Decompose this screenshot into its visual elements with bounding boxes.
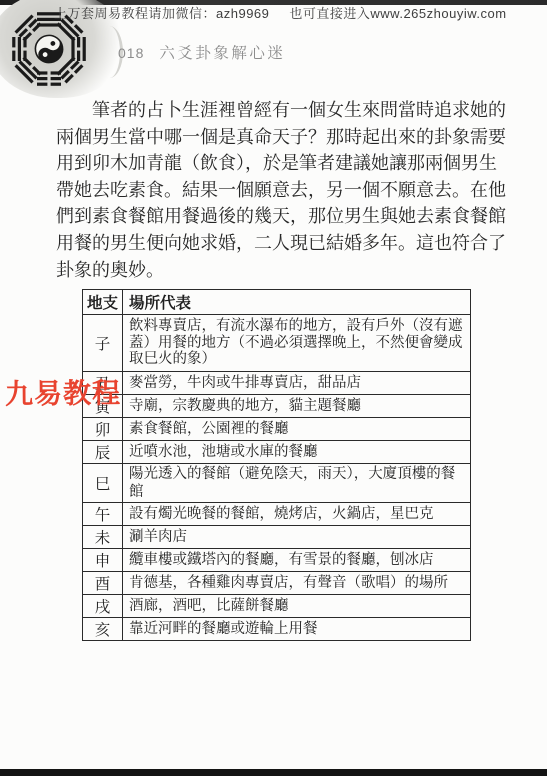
page-header: 018 六爻卦象解心迷 bbox=[118, 41, 285, 63]
scan-edge-bottom bbox=[0, 769, 547, 776]
desc-cell: 肯德基，各種雞肉專賣店，有聲音（歌唱）的場所 bbox=[123, 571, 471, 594]
branch-cell: 亥 bbox=[83, 617, 123, 640]
branch-cell: 申 bbox=[83, 548, 123, 571]
table-row: 酉 肯德基，各種雞肉專賣店，有聲音（歌唱）的場所 bbox=[83, 571, 471, 594]
branch-cell: 辰 bbox=[83, 440, 123, 463]
promo-wechat-text: 上万套周易教程请加微信：azh9969 bbox=[54, 3, 269, 22]
paragraph-line: 用餐的男生便向她求婚，二人現已結婚多年。這也符合了 bbox=[56, 230, 493, 257]
table-row: 辰 近噴水池，池塘或水庫的餐廳 bbox=[83, 440, 471, 463]
table-row: 申 纜車樓或鐵塔內的餐廳，有雪景的餐廳，刨冰店 bbox=[83, 548, 471, 571]
paragraph-line: 卦象的奧妙。 bbox=[56, 257, 493, 284]
table-row: 巳 陽光透入的餐館（避免陰天，雨天），大廈頂樓的餐館 bbox=[83, 463, 471, 502]
branch-cell: 戌 bbox=[83, 594, 123, 617]
table-row: 戌 酒廊，酒吧，比薩餅餐廳 bbox=[83, 594, 471, 617]
desc-cell: 陽光透入的餐館（避免陰天，雨天），大廈頂樓的餐館 bbox=[123, 463, 471, 502]
branch-cell: 子 bbox=[83, 315, 123, 372]
desc-cell: 飲料專賣店，有流水瀑布的地方，設有戶外（沒有遮蓋）用餐的地方（不過必須選擇晚上，… bbox=[123, 315, 471, 372]
table-row: 寅 寺廟，宗教慶典的地方，貓主題餐廳 bbox=[83, 394, 471, 417]
scanned-book-page: 上万套周易教程请加微信：azh9969 也可直接进入www.265zhouyiw… bbox=[0, 0, 547, 776]
desc-cell: 近噴水池，池塘或水庫的餐廳 bbox=[123, 440, 471, 463]
table-row: 卯 素食餐館，公園裡的餐廳 bbox=[83, 417, 471, 440]
table-row: 丑 麥當勞，牛肉或牛排專賣店，甜品店 bbox=[83, 371, 471, 394]
earthly-branch-place-table: 地支 場所代表 子 飲料專賣店，有流水瀑布的地方，設有戶外（沒有遮蓋）用餐的地方… bbox=[82, 289, 471, 641]
column-header-place: 場所代表 bbox=[123, 290, 471, 315]
table-row: 子 飲料專賣店，有流水瀑布的地方，設有戶外（沒有遮蓋）用餐的地方（不過必須選擇晚… bbox=[83, 315, 471, 372]
desc-cell: 酒廊，酒吧，比薩餅餐廳 bbox=[123, 594, 471, 617]
paragraph-line: 兩個男生當中哪一個是真命天子？那時起出來的卦象需要 bbox=[56, 124, 493, 151]
table-row: 午 設有燭光晚餐的餐館，燒烤店，火鍋店，星巴克 bbox=[83, 502, 471, 525]
table-row: 亥 靠近河畔的餐廳或遊輪上用餐 bbox=[83, 617, 471, 640]
branch-cell: 酉 bbox=[83, 571, 123, 594]
desc-cell: 寺廟，宗教慶典的地方，貓主題餐廳 bbox=[123, 394, 471, 417]
desc-cell: 素食餐館，公園裡的餐廳 bbox=[123, 417, 471, 440]
top-promo-notice: 上万套周易教程请加微信：azh9969 也可直接进入www.265zhouyiw… bbox=[54, 3, 540, 22]
paragraph-line: 帶她去吃素食。結果一個願意去，另一個不願意去。在他 bbox=[56, 177, 493, 204]
branch-cell: 未 bbox=[83, 525, 123, 548]
branch-cell: 巳 bbox=[83, 463, 123, 502]
page-number: 018 bbox=[118, 45, 144, 61]
paragraph-line: 筆者的占卜生涯裡曾經有一個女生來問當時追求她的 bbox=[56, 97, 493, 124]
desc-cell: 涮羊肉店 bbox=[123, 525, 471, 548]
desc-cell: 麥當勞，牛肉或牛排專賣店，甜品店 bbox=[123, 371, 471, 394]
body-paragraph: 筆者的占卜生涯裡曾經有一個女生來問當時追求她的 兩個男生當中哪一個是真命天子？那… bbox=[56, 97, 493, 283]
paragraph-line: 們到素食餐館用餐過後的幾天，那位男生與她去素食餐館 bbox=[56, 203, 493, 230]
promo-url-text: 也可直接进入www.265zhouyiw.com bbox=[289, 3, 506, 22]
desc-cell: 纜車樓或鐵塔內的餐廳，有雪景的餐廳，刨冰店 bbox=[123, 548, 471, 571]
desc-cell: 靠近河畔的餐廳或遊輪上用餐 bbox=[123, 617, 471, 640]
column-header-branch: 地支 bbox=[83, 290, 123, 315]
desc-cell: 設有燭光晚餐的餐館，燒烤店，火鍋店，星巴克 bbox=[123, 502, 471, 525]
table-row: 未 涮羊肉店 bbox=[83, 525, 471, 548]
book-title: 六爻卦象解心迷 bbox=[159, 41, 285, 63]
paragraph-line: 用到卯木加青龍（飲食），於是筆者建議她讓那兩個男生 bbox=[56, 150, 493, 177]
branch-cell: 卯 bbox=[83, 417, 123, 440]
red-watermark: 九易教程 bbox=[5, 371, 121, 412]
branch-cell: 午 bbox=[83, 502, 123, 525]
table-header-row: 地支 場所代表 bbox=[83, 290, 471, 315]
